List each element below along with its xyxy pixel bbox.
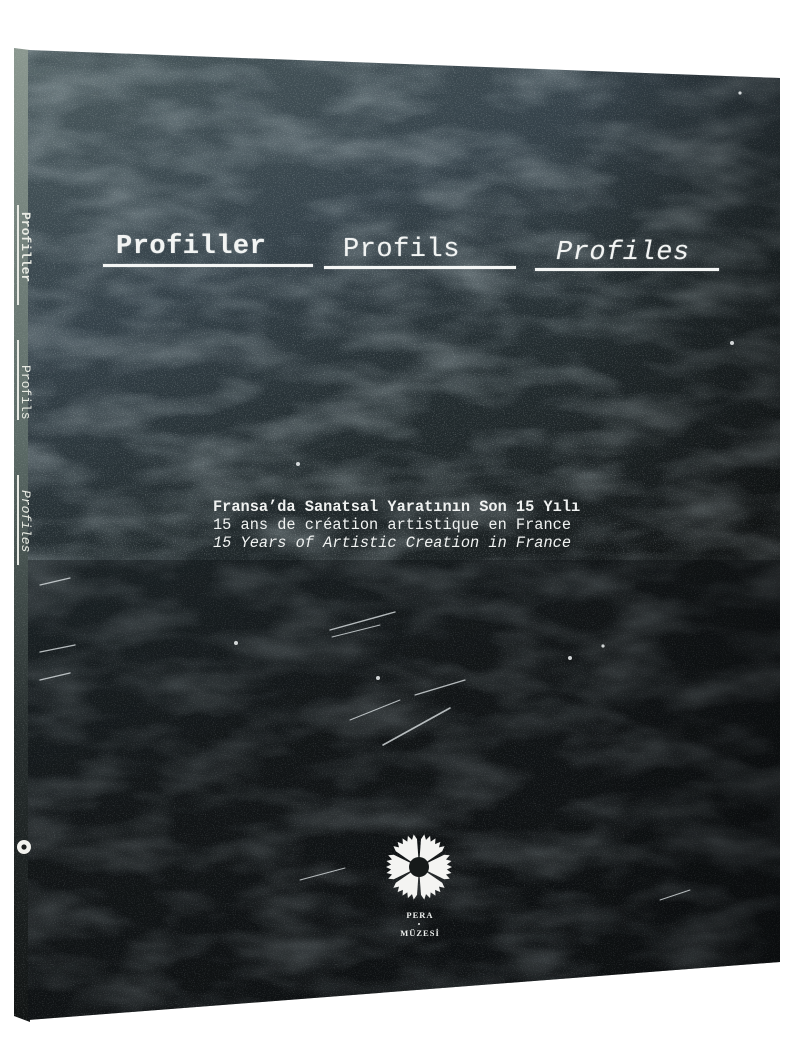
book-cover-photo: Profiller Profils Profiles Fransa’da San… [0,0,800,1040]
publisher-name-line1: PERA [380,910,460,920]
subtitle-french: 15 ans de création artistique en France [213,516,571,534]
spine-title-french: Profils [18,365,33,420]
subtitle-turkish: Fransa’da Sanatsal Yaratının Son 15 Yılı [213,498,580,516]
title-english: Profiles [556,238,690,268]
subtitle-english: 15 Years of Artistic Creation in France [213,534,571,552]
title-underline-french [324,266,516,269]
title-turkish: Profiller [116,232,266,262]
publisher-separator-dot [418,923,420,925]
spine-title-turkish: Profiller [18,212,33,282]
publisher-name-line2: MÜZESİ [380,928,460,938]
title-underline-turkish [103,264,313,267]
title-underline-english [535,268,719,271]
spine-flower-logo-icon [17,840,31,854]
title-french: Profils [343,235,460,265]
spine-title-english: Profiles [18,490,33,552]
